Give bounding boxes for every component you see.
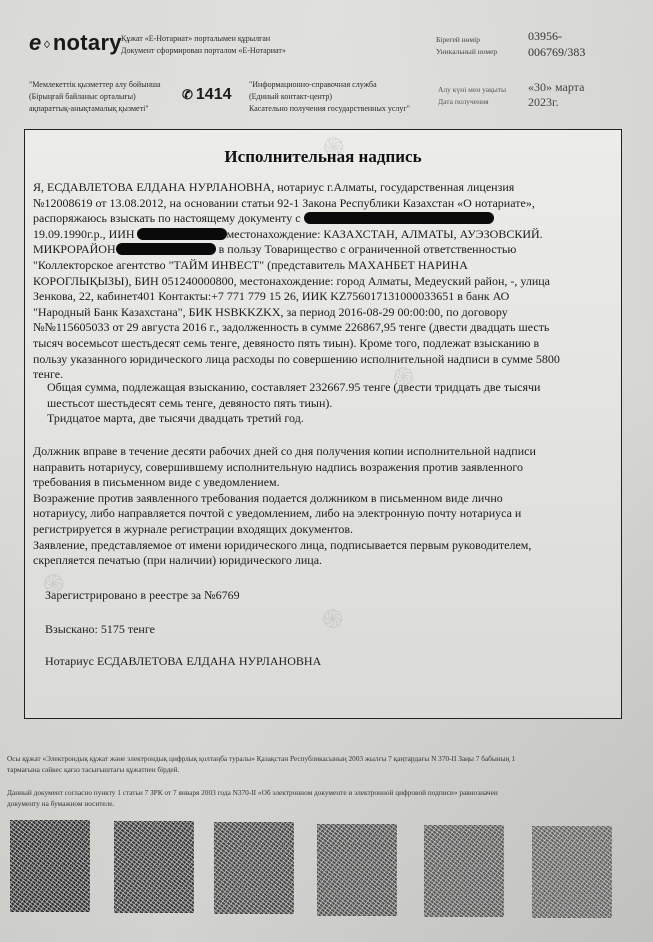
watermark-ornament-icon: ֍ xyxy=(322,600,343,636)
date-line2: 2023г. xyxy=(528,95,584,110)
text-line: "Коллекторское агентство "ТАЙМ ИНВЕСТ" (… xyxy=(33,258,605,274)
datamatrix-code xyxy=(10,820,90,912)
legal-note-ru: Данный документ согласно пункту 1 статьи… xyxy=(7,787,647,809)
redaction-bar xyxy=(116,243,216,255)
service-ru-line: (Единый контакт-центр) xyxy=(249,91,410,103)
text-line: №12008619 от 13.08.2012, на основании ст… xyxy=(33,196,605,212)
text-line: 19.09.1990г.р., ИИНместонахождение: КАЗА… xyxy=(33,227,605,243)
service-note-ru: "Информационно-справочная служба (Единый… xyxy=(249,79,410,115)
text-line: направить нотариусу, совершившему исполн… xyxy=(33,460,605,476)
portal-note-kz: Құжат «Е-Нотариат» порталымен құрылған xyxy=(121,33,286,45)
datamatrix-code xyxy=(114,821,194,913)
paragraph-total: Общая сумма, подлежащая взысканию, соста… xyxy=(47,380,619,427)
unique-label-kz: Бірегей нөмір xyxy=(436,34,497,46)
redaction-bar xyxy=(137,228,227,240)
date-line1: «30» марта xyxy=(528,80,584,95)
unique-number-line2: 006769/383 xyxy=(528,44,585,60)
text-line: Должник вправе в течение десяти рабочих … xyxy=(33,444,605,460)
datamatrix-code xyxy=(424,825,504,917)
text-fragment: местонахождение: КАЗАХСТАН, АЛМАТЫ, АУЭЗ… xyxy=(227,227,543,241)
unique-number-line1: 03956- xyxy=(528,28,585,44)
portal-note-ru: Документ сформирован порталом «Е-Нотариа… xyxy=(121,45,286,57)
service-ru-line: Касательно получения государственных усл… xyxy=(249,103,410,115)
collected-amount: Взыскано: 5175 тенге xyxy=(45,622,155,637)
text-line: требования в письменном виде с уведомлен… xyxy=(33,475,605,491)
verification-codes xyxy=(4,820,649,916)
paragraph-claim: Я, ЕСДАВЛЕТОВА ЕЛДАНА НУРЛАНОВНА, нотари… xyxy=(33,180,605,383)
unique-number-labels: Бірегей нөмір Уникальный номер xyxy=(436,34,497,58)
text-fragment: МИКРОРАЙОН xyxy=(33,242,116,256)
text-line: пользу указанного юридического лица расх… xyxy=(33,352,605,368)
text-line: скрепляется печатью (при наличии) юридич… xyxy=(33,553,605,569)
executive-inscription-box: ֍ ֍ ֍ ֍ Исполнительная надпись Я, ЕСДАВЛ… xyxy=(24,129,622,719)
unique-label-ru: Уникальный номер xyxy=(436,46,497,58)
text-line: Заявление, представляемое от имени юриди… xyxy=(33,538,605,554)
phone-number: 1414 xyxy=(196,86,232,103)
service-kz-line: "Мемлекеттік қызметтер алу бойынша xyxy=(29,79,161,91)
logo-name: notary xyxy=(53,30,122,55)
text-line: Общая сумма, подлежащая взысканию, соста… xyxy=(47,380,619,396)
text-line: распоряжаюсь взыскать по настоящему доку… xyxy=(33,211,605,227)
text-fragment: в пользу Товарищество с ограниченной отв… xyxy=(219,242,517,256)
legal-kz-line: тармағына сәйкес қағаз тасығыштағы құжат… xyxy=(7,764,647,775)
notary-signature: Нотариус ЕСДАВЛЕТОВА ЕЛДАНА НУРЛАНОВНА xyxy=(45,654,321,669)
datamatrix-code xyxy=(214,822,294,914)
legal-ru-line: Данный документ согласно пункту 1 статьи… xyxy=(7,787,647,798)
text-line: КОРОГЛЫҚЫЗЫ), БИН 051240000800, местонах… xyxy=(33,274,605,290)
service-kz-line: (Бірыңғай байланыс орталығы) xyxy=(29,91,161,103)
text-fragment: 19.09.1990г.р., ИИН xyxy=(33,227,135,241)
date-label-kz: Алу күні мен уақыты xyxy=(438,84,506,96)
text-line: Зенкова, 22, кабинет401 Контакты:+7 771 … xyxy=(33,289,605,305)
contact-phone: ✆1414 xyxy=(182,86,232,104)
text-line: Я, ЕСДАВЛЕТОВА ЕЛДАНА НУРЛАНОВНА, нотари… xyxy=(33,180,605,196)
paragraph-objection-rights: Должник вправе в течение десяти рабочих … xyxy=(33,444,605,569)
service-kz-line: ақпараттық-анықтамалық қызметі" xyxy=(29,103,161,115)
text-line: шестьсот шестьдесят семь тенге, девяност… xyxy=(47,396,619,412)
logo-mark-icon: ♢ xyxy=(43,40,52,51)
text-line: "Народный Банк Казахстана", БИК HSBKKZKX… xyxy=(33,305,605,321)
service-note-kz: "Мемлекеттік қызметтер алу бойынша (Біры… xyxy=(29,79,161,115)
datamatrix-code xyxy=(317,824,397,916)
receipt-date: «30» марта 2023г. xyxy=(528,80,584,110)
portal-note: Құжат «Е-Нотариат» порталымен құрылған Д… xyxy=(121,33,286,57)
unique-number: 03956- 006769/383 xyxy=(528,28,585,60)
date-label-ru: Дата получения xyxy=(438,96,506,108)
text-line: МИКРОРАЙОН в пользу Товарищество с огран… xyxy=(33,242,605,258)
text-line: тысяч восемьсот шестьдесят семь тенге, д… xyxy=(33,336,605,352)
receipt-date-labels: Алу күні мен уақыты Дата получения xyxy=(438,84,506,108)
text-fragment: распоряжаюсь взыскать по настоящему доку… xyxy=(33,211,301,225)
redaction-bar xyxy=(304,212,494,224)
legal-ru-line: документу на бумажном носителе. xyxy=(7,798,647,809)
enotary-logo: e♢notary xyxy=(29,30,122,56)
text-line: Тридцатое марта, две тысячи двадцать тре… xyxy=(47,411,619,427)
text-line: Возражение против заявленного требования… xyxy=(33,491,605,507)
legal-kz-line: Осы құжат «Электрондық құжат және электр… xyxy=(7,753,647,764)
service-ru-line: "Информационно-справочная служба xyxy=(249,79,410,91)
text-line: регистрируется в журнале регистрации вхо… xyxy=(33,522,605,538)
phone-icon: ✆ xyxy=(182,87,193,102)
datamatrix-code xyxy=(532,826,612,918)
registry-entry: Зарегистрировано в реестре за №6769 xyxy=(45,588,240,603)
document-title: Исполнительная надпись xyxy=(25,147,621,167)
legal-note-kz: Осы құжат «Электрондық құжат және электр… xyxy=(7,753,647,775)
text-line: №№115605033 от 29 августа 2016 г., задол… xyxy=(33,320,605,336)
logo-prefix: e xyxy=(29,30,42,55)
text-line: нотариусу, либо направляется почтой с ув… xyxy=(33,506,605,522)
